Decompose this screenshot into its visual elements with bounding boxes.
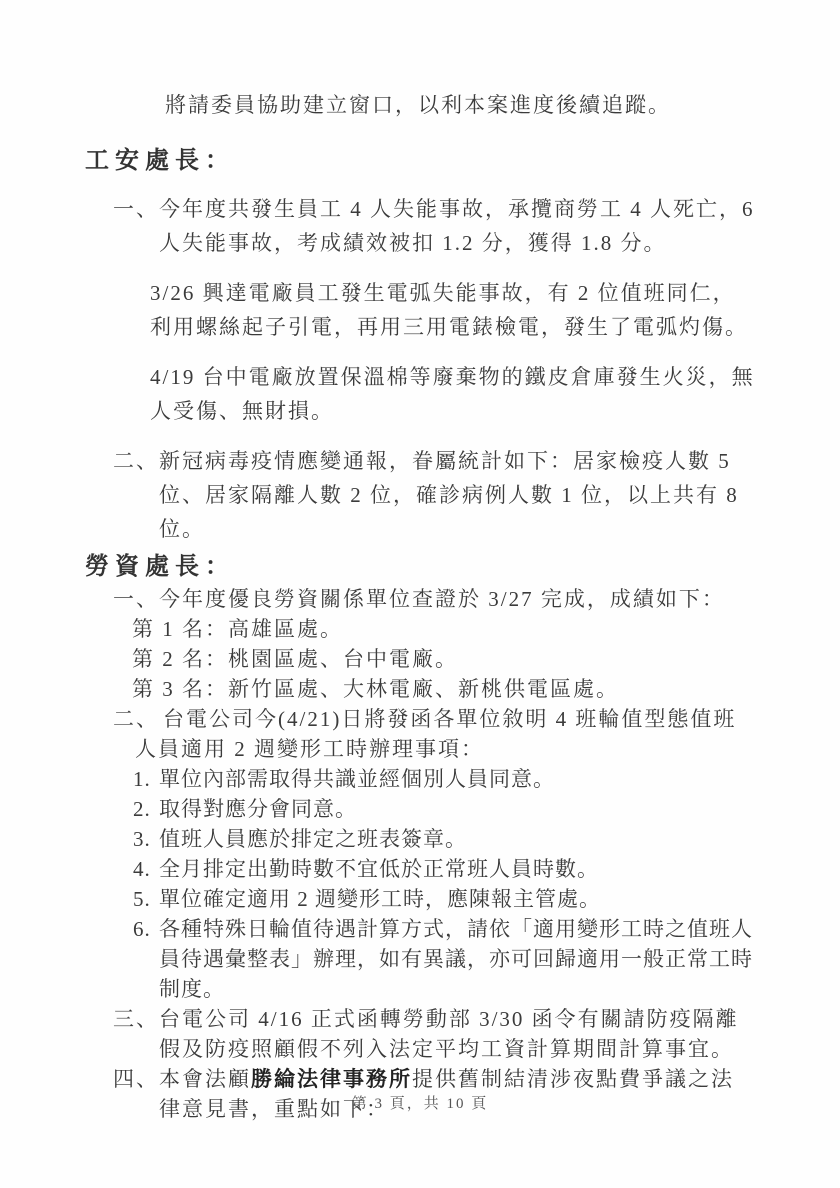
sub-item: 6. 各種特殊日輪值待遇計算方式，請依「適用變形工時之值班人員待遇彙整表」辦理，… — [133, 914, 755, 1004]
continuation-paragraph: 將請委員協助建立窗口，以利本案進度後續追蹤。 — [165, 88, 755, 122]
sub-list: 1. 單位內部需取得共識並經個別人員同意。 2. 取得對應分會同意。 3. 值班… — [133, 764, 755, 1004]
item-text: 今年度優良勞資關係單位查證於 3/27 完成，成績如下： — [159, 584, 755, 614]
sub-item-number: 5. — [133, 884, 159, 914]
numbered-item: 二、台電公司今(4/21)日將發函各單位敘明 4 班輪值型態值班人員適用 2 週… — [135, 704, 755, 764]
sub-item-number: 4. — [133, 854, 159, 884]
sub-item: 4. 全月排定出勤時數不宜低於正常班人員時數。 — [133, 854, 755, 884]
rank-line: 第 1 名：高雄區處。 — [132, 614, 755, 644]
numbered-item: 一、 今年度優良勞資關係單位查證於 3/27 完成，成績如下： — [85, 584, 755, 614]
sub-item-text: 單位確定適用 2 週變形工時，應陳報主管處。 — [159, 884, 755, 914]
item-body: 今年度共發生員工 4 人失能事故，承攬商勞工 4 人死亡，6 人失能事故，考成績… — [159, 192, 755, 260]
numbered-item: 三、 台電公司 4/16 正式函轉勞動部 3/30 函令有關請防疫隔離假及防疫照… — [85, 1004, 755, 1064]
item-text: 今年度共發生員工 4 人失能事故，承攬商勞工 4 人死亡，6 人失能事故，考成績… — [159, 192, 755, 260]
sub-item-number: 6. — [133, 914, 159, 1004]
sub-item: 2. 取得對應分會同意。 — [133, 794, 755, 824]
numbered-item: 二、 新冠病毒疫情應變通報，眷屬統計如下：居家檢疫人數 5 位、居家隔離人數 2… — [85, 444, 755, 546]
item-text: 台電公司今(4/21)日將發函各單位敘明 4 班輪值型態值班人員適用 2 週變形… — [135, 707, 736, 761]
sub-item-number: 2. — [133, 794, 159, 824]
sub-item-number: 3. — [133, 824, 159, 854]
section-heading-safety: 工安處長： — [85, 144, 755, 178]
sub-item: 1. 單位內部需取得共識並經個別人員同意。 — [133, 764, 755, 794]
sub-item-text: 取得對應分會同意。 — [159, 794, 755, 824]
rank-line: 第 3 名：新竹區處、大林電廠、新桃供電區處。 — [132, 674, 755, 704]
item-label: 三、 — [113, 1004, 159, 1064]
sub-item-text: 各種特殊日輪值待遇計算方式，請依「適用變形工時之值班人員待遇彙整表」辦理，如有異… — [159, 914, 755, 1004]
item-text: 台電公司 4/16 正式函轉勞動部 3/30 函令有關請防疫隔離假及防疫照顧假不… — [159, 1004, 755, 1064]
page-footer: 第 3 頁，共 10 頁 — [0, 1092, 840, 1113]
law-firm-name-bold: 勝綸法律事務所 — [251, 1067, 412, 1091]
sub-item-number: 1. — [133, 764, 159, 794]
sub-paragraph: 4/19 台中電廠放置保溫棉等廢棄物的鐵皮倉庫發生火災，無人受傷、無財損。 — [150, 360, 755, 428]
sub-item-text: 值班人員應於排定之班表簽章。 — [159, 824, 755, 854]
sub-item: 3. 值班人員應於排定之班表簽章。 — [133, 824, 755, 854]
item-body: 今年度優良勞資關係單位查證於 3/27 完成，成績如下： — [159, 584, 755, 614]
sub-item-text: 全月排定出勤時數不宜低於正常班人員時數。 — [159, 854, 755, 884]
item-label: 二、 — [113, 444, 159, 546]
sub-item-text: 單位內部需取得共識並經個別人員同意。 — [159, 764, 755, 794]
item-label: 二、 — [113, 707, 159, 731]
item-body: 新冠病毒疫情應變通報，眷屬統計如下：居家檢疫人數 5 位、居家隔離人數 2 位，… — [159, 444, 755, 546]
item-text: 新冠病毒疫情應變通報，眷屬統計如下：居家檢疫人數 5 位、居家隔離人數 2 位，… — [159, 444, 755, 546]
numbered-item: 一、 今年度共發生員工 4 人失能事故，承攬商勞工 4 人死亡，6 人失能事故，… — [85, 192, 755, 260]
item-body: 台電公司 4/16 正式函轉勞動部 3/30 函令有關請防疫隔離假及防疫照顧假不… — [159, 1004, 755, 1064]
item-label: 一、 — [113, 584, 159, 614]
labor-relations-section: 勞資處長： 一、 今年度優良勞資關係單位查證於 3/27 完成，成績如下： 第 … — [85, 550, 755, 1124]
sub-paragraph: 3/26 興達電廠員工發生電弧失能事故，有 2 位值班同仁，利用螺絲起子引電，再… — [150, 276, 755, 344]
item-label: 一、 — [113, 192, 159, 260]
rank-line: 第 2 名：桃園區處、台中電廠。 — [132, 644, 755, 674]
document-page: 將請委員協助建立窗口，以利本案進度後續追蹤。 工安處長： 一、 今年度共發生員工… — [0, 0, 840, 1188]
section-heading-labor: 勞資處長： — [85, 550, 755, 584]
item-text-prefix: 本會法顧 — [159, 1067, 251, 1091]
sub-item: 5. 單位確定適用 2 週變形工時，應陳報主管處。 — [133, 884, 755, 914]
